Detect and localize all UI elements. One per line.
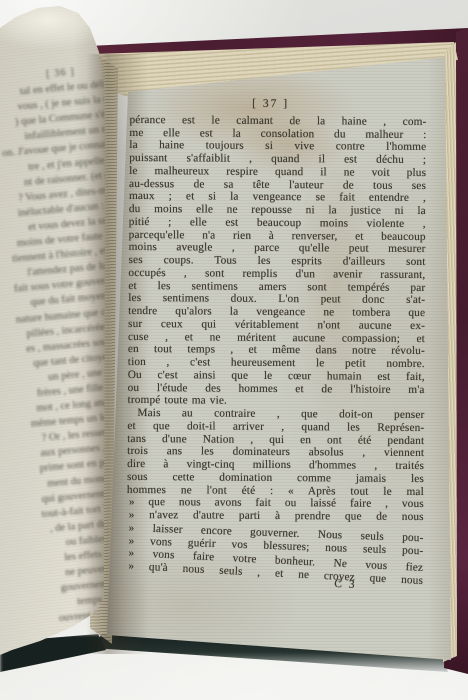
right-page: [ 37 ] pérance est le calmant de la hain…: [100, 50, 456, 666]
photo-of-open-book: [ 36 ] tal en effet le ou délivous , ( j…: [0, 0, 468, 700]
page-number: [ 37 ]: [130, 97, 412, 112]
body-text-lines: pérance est le calmant de la haine , com…: [126, 114, 426, 575]
signature-mark: C 3: [334, 578, 357, 592]
text-line: » n'avez d'autre parti à prendre que de …: [127, 509, 424, 524]
right-page-text-block: [ 37 ] pérance est le calmant de la hain…: [126, 97, 431, 575]
left-page: [ 36 ] tal en effet le ou délivous , ( j…: [0, 0, 108, 700]
